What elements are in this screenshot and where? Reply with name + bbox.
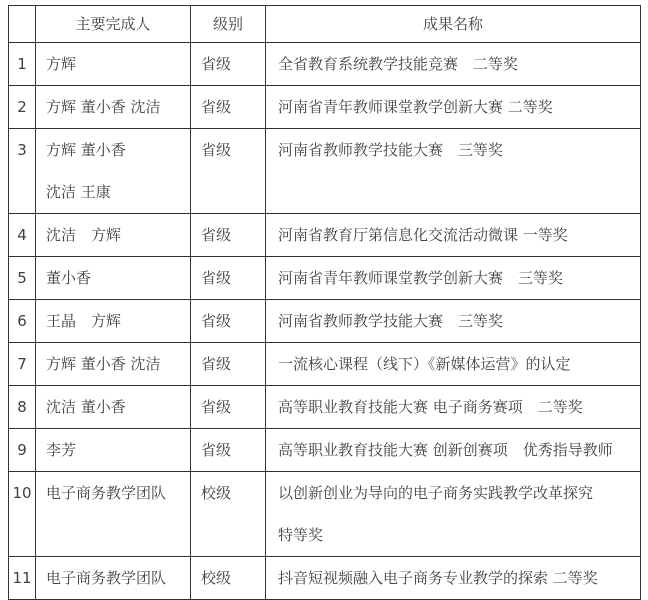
document-page: 主要完成人 级别 成果名称 1方辉省级全省教育系统教学技能竞赛 二等奖2方辉 董… [0,0,648,598]
level-cell: 省级 [191,343,266,386]
person-cell: 李芳 [36,429,191,472]
table-row: 5董小香省级河南省青年教师课堂教学创新大赛 三等奖 [9,257,641,300]
achievement-cell: 抖音短视频融入电子商务专业教学的探索 二等奖 [266,557,641,600]
table-row: 10电子商务教学团队校级以创新创业为导向的电子商务实践教学改革探究 特等奖 [9,472,641,557]
person-cell: 董小香 [36,257,191,300]
row-number-cell: 5 [9,257,36,300]
achievement-cell: 河南省青年教师课堂教学创新大赛 二等奖 [266,86,641,129]
level-cell: 省级 [191,429,266,472]
level-cell: 省级 [191,300,266,343]
achievement-cell: 河南省教师教学技能大赛 三等奖 [266,300,641,343]
table-row: 6王晶 方辉省级河南省教师教学技能大赛 三等奖 [9,300,641,343]
level-cell: 省级 [191,86,266,129]
row-number-cell: 10 [9,472,36,557]
table-row: 11电子商务教学团队校级抖音短视频融入电子商务专业教学的探索 二等奖 [9,557,641,600]
achievement-cell: 一流核心课程（线下）《新媒体运营》的认定 [266,343,641,386]
row-number-cell: 11 [9,557,36,600]
person-cell: 方辉 董小香 沈洁 [36,86,191,129]
row-number-cell: 7 [9,343,36,386]
level-cell: 省级 [191,129,266,214]
person-cell: 方辉 董小香 沈洁 王康 [36,129,191,214]
column-header-level: 级别 [191,6,266,43]
column-header-name: 成果名称 [266,6,641,43]
achievements-table: 主要完成人 级别 成果名称 1方辉省级全省教育系统教学技能竞赛 二等奖2方辉 董… [8,5,641,600]
row-number-cell: 2 [9,86,36,129]
person-cell: 电子商务教学团队 [36,472,191,557]
level-cell: 校级 [191,557,266,600]
achievement-cell: 河南省教育厅第信息化交流活动微课 一等奖 [266,214,641,257]
row-number-cell: 1 [9,43,36,86]
level-cell: 省级 [191,214,266,257]
achievement-cell: 以创新创业为导向的电子商务实践教学改革探究 特等奖 [266,472,641,557]
table-row: 2方辉 董小香 沈洁省级河南省青年教师课堂教学创新大赛 二等奖 [9,86,641,129]
table-row: 9李芳省级高等职业教育技能大赛 创新创赛项 优秀指导教师 [9,429,641,472]
header-row: 主要完成人 级别 成果名称 [9,6,641,43]
achievement-cell: 河南省教师教学技能大赛 三等奖 [266,129,641,214]
achievement-cell: 高等职业教育技能大赛 创新创赛项 优秀指导教师 [266,429,641,472]
person-cell: 电子商务教学团队 [36,557,191,600]
person-cell: 方辉 [36,43,191,86]
level-cell: 省级 [191,43,266,86]
row-number-cell: 8 [9,386,36,429]
achievement-cell: 全省教育系统教学技能竞赛 二等奖 [266,43,641,86]
level-cell: 省级 [191,257,266,300]
row-number-cell: 4 [9,214,36,257]
table-row: 8沈洁 董小香省级高等职业教育技能大赛 电子商务赛项 二等奖 [9,386,641,429]
achievement-cell: 高等职业教育技能大赛 电子商务赛项 二等奖 [266,386,641,429]
person-cell: 王晶 方辉 [36,300,191,343]
achievement-cell: 河南省青年教师课堂教学创新大赛 三等奖 [266,257,641,300]
person-cell: 沈洁 方辉 [36,214,191,257]
person-cell: 方辉 董小香 沈洁 [36,343,191,386]
column-header-number [9,6,36,43]
row-number-cell: 9 [9,429,36,472]
table-row: 3方辉 董小香 沈洁 王康省级河南省教师教学技能大赛 三等奖 [9,129,641,214]
table-body: 1方辉省级全省教育系统教学技能竞赛 二等奖2方辉 董小香 沈洁省级河南省青年教师… [9,43,641,600]
column-header-person: 主要完成人 [36,6,191,43]
table-row: 4沈洁 方辉省级河南省教育厅第信息化交流活动微课 一等奖 [9,214,641,257]
person-cell: 沈洁 董小香 [36,386,191,429]
level-cell: 校级 [191,472,266,557]
level-cell: 省级 [191,386,266,429]
table-row: 1方辉省级全省教育系统教学技能竞赛 二等奖 [9,43,641,86]
row-number-cell: 6 [9,300,36,343]
table-row: 7方辉 董小香 沈洁省级一流核心课程（线下）《新媒体运营》的认定 [9,343,641,386]
table-header: 主要完成人 级别 成果名称 [9,6,641,43]
row-number-cell: 3 [9,129,36,214]
